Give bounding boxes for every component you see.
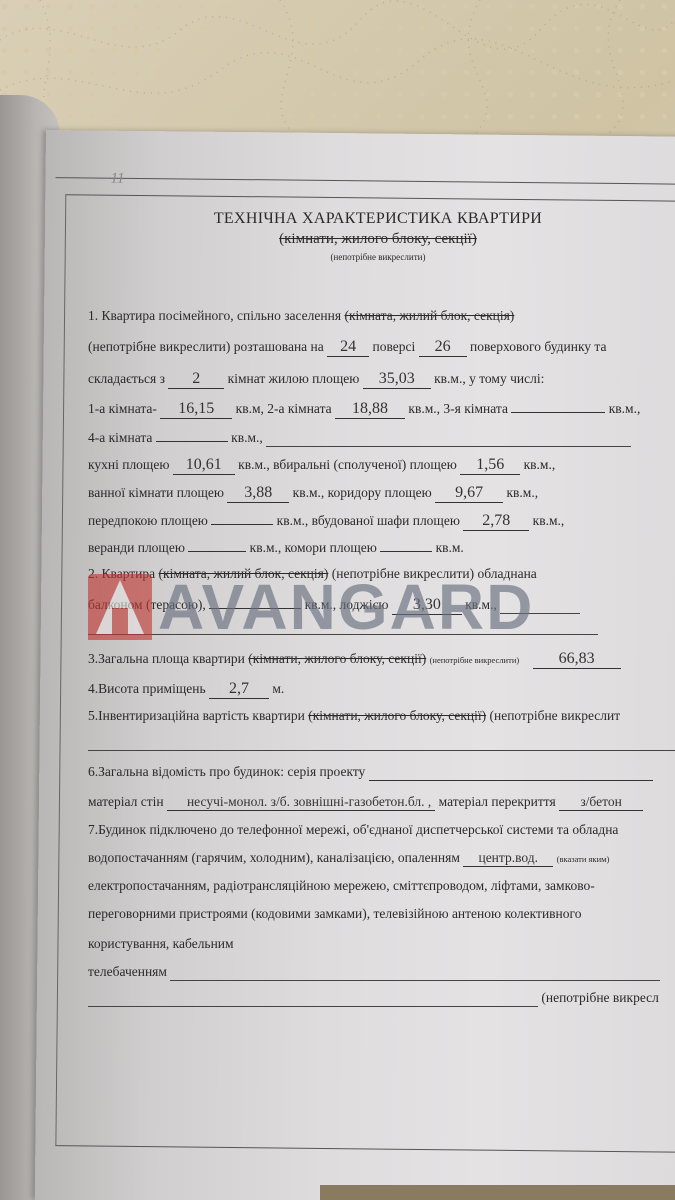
blank-line [88,990,538,1007]
label: кв.м., [231,430,263,445]
avangard-watermark: AVANGARD [88,570,534,644]
rooms-field[interactable]: 2 [168,370,224,389]
label: кв.м. [436,540,464,555]
s1-line2: (непотрібне викреслити) розташована на 2… [88,338,607,357]
s5-blank-line [88,734,675,751]
label: телебаченням [88,964,167,979]
s1-line8: передпокою площею кв.м., вбудованої шафи… [88,512,564,531]
label: 3.Загальна площа квартири [88,651,245,666]
label: кв.м., [507,485,539,500]
closet-field[interactable]: 2,78 [463,512,529,531]
room1-field[interactable]: 16,15 [160,400,232,419]
label: кухні площею [88,457,169,472]
label: поверхового будинку та [470,339,606,354]
label: кв.м., вбиральні (сполученої) площею [238,457,457,472]
s1-line7: ванної кімнати площею 3,88 кв.м., коридо… [88,484,538,503]
document-subtitle: (кімнати, жилого блоку, секції) [68,231,675,248]
s1-text: 1. Квартира посімейного, спільно заселен… [88,308,341,323]
walls-material-field[interactable]: несучі-монол. з/б. зовнішні-газобетон.бл… [167,794,435,811]
label: (непотрібне викреслити) розташована на [88,339,324,354]
label: 4.Висота приміщень [88,681,206,696]
s1-line6: кухні площею 10,61 кв.м., вбиральні (спо… [88,456,555,475]
s1-struck: (кімната, жилий блок, секція) [344,308,514,323]
s7-line5: користування, кабельним [88,936,234,952]
heating-note: (вказати яким) [557,854,610,864]
label: кв.м., 3-я кімната [408,401,508,416]
s7-line1: 7.Будинок підключено до телефонної мереж… [88,822,618,838]
label: 1-а кімната- [88,401,157,416]
page-number: 11 [110,171,124,188]
room2-field[interactable]: 18,88 [335,400,405,419]
s1-line1: 1. Квартира посімейного, спільно заселен… [88,308,514,324]
s7-line6: телебаченням [88,964,660,981]
label: м. [272,681,284,696]
label: матеріал перекриття [439,794,556,809]
s1-line9: веранди площею кв.м., комори площею кв.м… [88,540,464,556]
blank-line [266,430,631,447]
label: кв.м., [524,457,556,472]
total-area-field[interactable]: 66,83 [533,650,621,669]
room4-field[interactable] [156,441,228,442]
label: кімнат жилою площею [228,371,360,386]
s3-struck: (кімнати, жилого блоку, секції) [248,651,426,666]
label: водопостачанням (гарячим, холодним), кан… [88,850,460,865]
label: передпокою площею [88,513,208,528]
s6-line2: матеріал стін несучі-монол. з/б. зовнішн… [88,794,643,811]
s1-line5: 4-а кімната кв.м., [88,430,631,447]
inventory-value-field[interactable] [88,734,675,751]
top-rule [55,177,675,185]
project-series-field[interactable] [369,764,653,781]
s7-line2: водопостачанням (гарячим, холодним), кан… [88,850,609,867]
floors-total-field[interactable]: 26 [419,338,467,357]
heating-field[interactable]: центр.вод. [463,850,553,867]
room3-field[interactable] [511,412,605,413]
ceiling-height-field[interactable]: 2,7 [209,680,269,699]
label: 5.Інвентиризаційна вартість квартири [88,708,305,723]
s6-line1: 6.Загальна відомість про будинок: серія … [88,764,653,781]
s5-line: 5.Інвентиризаційна вартість квартири (кі… [88,708,620,724]
label: поверсі [373,339,416,354]
label: кв.м., коридору площею [293,485,432,500]
s1-line4: 1-а кімната- 16,15 кв.м, 2-а кімната 18,… [88,400,640,419]
hall-field[interactable] [211,524,273,525]
living-area-field[interactable]: 35,03 [363,370,431,389]
s5-note: (непотрібне викреслит [490,708,621,723]
s5-struck: (кімнати, жилого блоку, секції) [308,708,486,723]
s3-line: 3.Загальна площа квартири (кімнати, жило… [88,650,621,669]
form-content: ТЕХНІЧНА ХАРАКТЕРИСТИКА КВАРТИРИ (кімнат… [88,210,675,262]
label: 4-а кімната [88,430,152,445]
s7-note: (непотрібне викресл [541,990,659,1005]
bath-field[interactable]: 3,88 [227,484,289,503]
label: складається з [88,371,165,386]
s7-line7: (непотрібне викресл [88,990,659,1007]
label: 6.Загальна відомість про будинок: серія … [88,764,365,779]
label: кв.м, 2-а кімната [236,401,332,416]
label: кв.м., у тому числі: [434,371,544,386]
table-surface [320,1185,675,1200]
floor-field[interactable]: 24 [327,338,369,357]
watermark-text: AVANGARD [158,570,534,644]
label: кв.м., [533,513,565,528]
label: ванної кімнати площею [88,485,224,500]
s7-line4: переговорними пристроями (кодовими замка… [88,906,581,922]
label: веранди площею [88,540,185,555]
storage-field[interactable] [380,551,432,552]
subtitle-note: (непотрібне викреслити) [68,252,675,262]
s7-line3: електропостачанням, радіотрансляційною м… [88,878,595,894]
toilet-field[interactable]: 1,56 [460,456,520,475]
avangard-logo-icon [88,574,152,640]
cable-tv-field[interactable] [170,964,660,981]
corridor-field[interactable]: 9,67 [435,484,503,503]
label: кв.м., вбудованої шафи площею [277,513,460,528]
s3-note: (непотрібне викреслити) [430,655,520,665]
document-title: ТЕХНІЧНА ХАРАКТЕРИСТИКА КВАРТИРИ [68,210,675,228]
s4-line: 4.Висота приміщень 2,7 м. [88,680,284,699]
floors-material-field[interactable]: з/бетон [559,794,643,811]
label: матеріал стін [88,794,164,809]
s1-line3: складається з 2 кімнат жилою площею 35,0… [88,370,544,389]
kitchen-field[interactable]: 10,61 [173,456,235,475]
veranda-field[interactable] [188,551,246,552]
label: кв.м., комори площею [250,540,377,555]
label: кв.м., [609,401,641,416]
fabric-background-pattern [0,0,675,140]
